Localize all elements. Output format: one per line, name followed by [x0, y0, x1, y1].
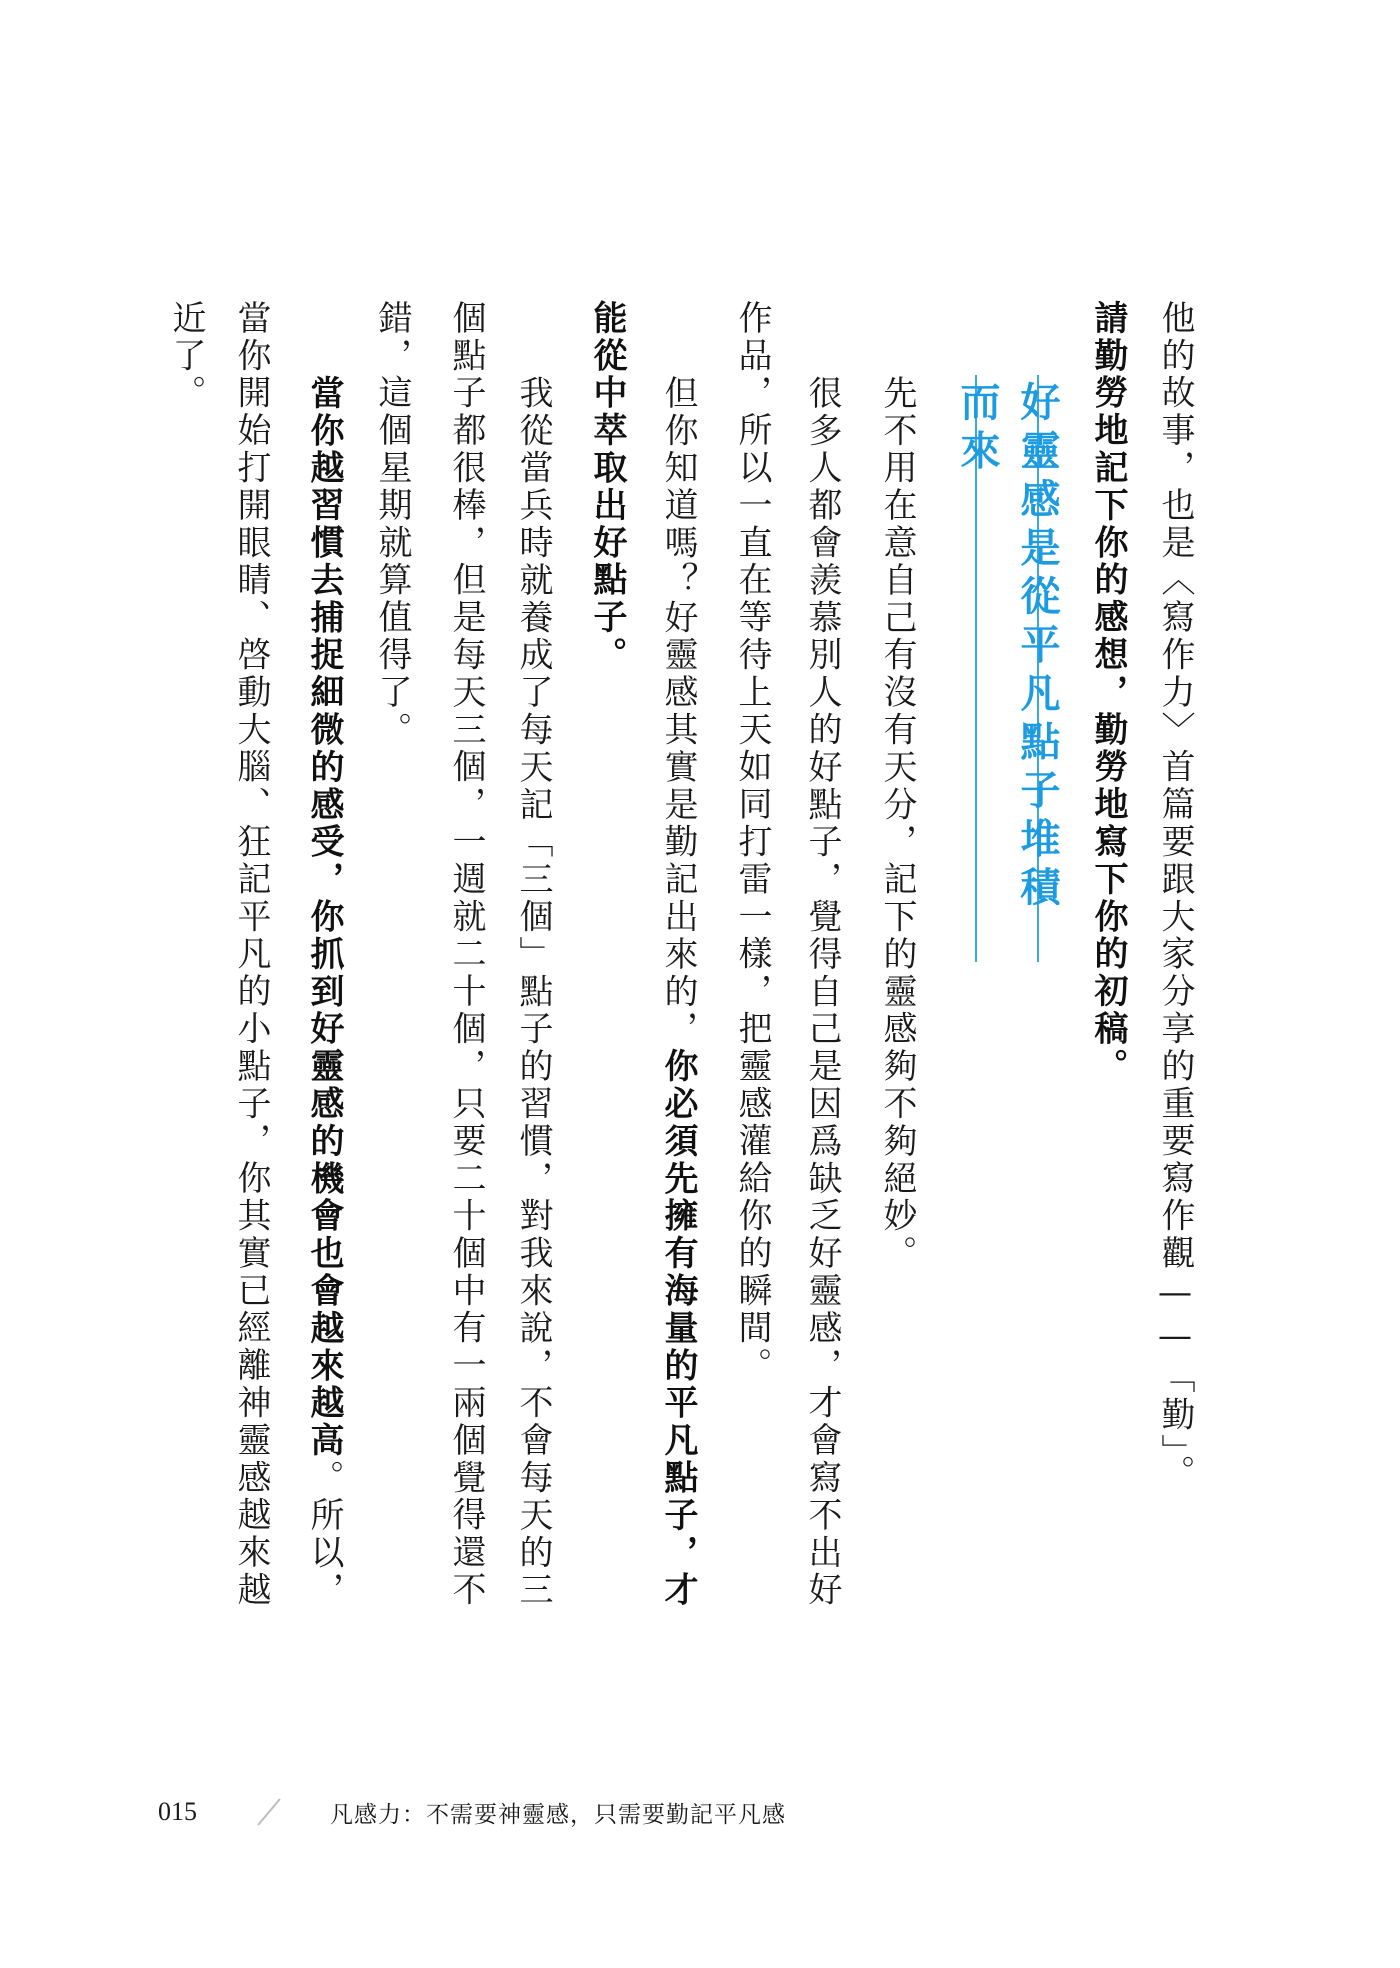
text-column-10: 錯，這個星期就算值得了。: [372, 300, 412, 749]
page-number: 015: [158, 1797, 248, 1827]
text-column-1: 他的故事，也是〈寫作力〉首篇要跟大家分享的重要寫作觀——「勤」。: [1155, 300, 1195, 1492]
section-heading: 好靈感是從平凡點子堆積而來: [975, 375, 1039, 962]
running-title: 凡感力：不需要神靈感，只需要勤記平凡感: [330, 1796, 786, 1829]
text-emphasis: 你必須先擁有海量的平凡點子，才: [658, 1048, 698, 1609]
text-column-4: 很多人都會羨慕別人的好點子，覺得自己是因爲缺乏好靈感，才會寫不出好: [802, 375, 842, 1609]
text-column-13: 近了。: [166, 300, 206, 412]
text-column-11: 當你越習慣去捕捉細微的感受，你抓到好靈感的機會也會越來越高。所以，: [304, 375, 344, 1609]
text-column-7-emphasis: 能從中萃取出好點子。: [587, 300, 627, 674]
text-plain: 但你知道嗎？好靈感其實是勤記出來的，: [658, 375, 698, 1048]
text-column-8: 我從當兵時就養成了每天記「三個」點子的習慣，對我來說，不會每天的三: [513, 375, 553, 1609]
text-column-9: 個點子都很棒，但是每天三個，一週就二十個，只要二十個中有一兩個覺得還不: [446, 300, 486, 1609]
text-column-6: 但你知道嗎？好靈感其實是勤記出來的，你必須先擁有海量的平凡點子，才: [658, 375, 698, 1609]
text-column-3: 先不用在意自己有沒有天分，記下的靈感夠不夠絕妙。: [877, 375, 917, 1273]
text-column-2-emphasis: 請勤勞地記下你的感想，勤勞地寫下你的初稿。: [1088, 300, 1128, 1085]
divider-slash-icon: [257, 1798, 280, 1825]
text-column-12: 當你開始打開眼睛、啓動大腦、狂記平凡的小點子，你其實已經離神靈感越來越: [231, 300, 271, 1609]
text-column-5: 作品，所以一直在等待上天如同打雷一樣，把靈感灌給你的瞬間。: [732, 300, 772, 1385]
section-heading-text: 好靈感是從平凡點子堆積而來: [947, 375, 1067, 962]
page-footer: 015 凡感力：不需要神靈感，只需要勤記平凡感: [158, 1795, 786, 1829]
text-plain: 。所以，: [304, 1460, 344, 1610]
text-emphasis: 當你越習慣去捕捉細微的感受，你抓到好靈感的機會也會越來越高: [304, 375, 344, 1460]
